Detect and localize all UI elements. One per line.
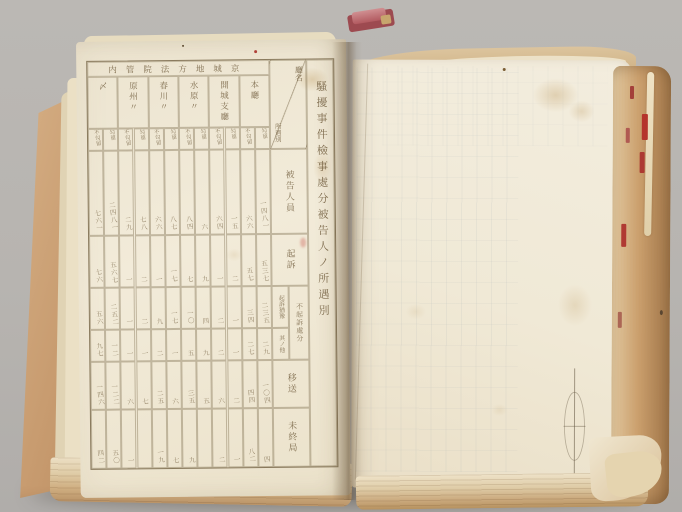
table-cell-text: 二五 — [155, 390, 163, 406]
detention-header-text: 不勾留 — [213, 128, 222, 145]
bookmark-ribbon — [644, 72, 654, 236]
table-cell: 二五二 — [105, 288, 121, 330]
table-cell: 二 — [226, 234, 242, 286]
detention-header-text: 勾留 — [168, 129, 176, 141]
table-title-text: 騷擾事件檢事處分被告人ノ所遇別 — [314, 60, 328, 320]
table-cell: 二七 — [242, 328, 257, 360]
table-cell-text: 二 — [139, 317, 147, 325]
table-cell-text: 一 — [232, 455, 240, 463]
table-cell: 六 — [194, 150, 210, 235]
table-cell: 七 — [136, 361, 152, 409]
row-label: 未終局 — [273, 408, 311, 467]
detention-header: 勾留 — [255, 127, 270, 149]
table-cell-text: 六六 — [153, 216, 161, 232]
table-cell: 四 — [196, 287, 212, 329]
table-cell: 一 — [120, 287, 136, 329]
office-header: 本廳 — [239, 75, 270, 127]
detention-header: 不勾留 — [88, 129, 103, 151]
table-cell-text: 一 — [154, 275, 162, 283]
table-cell-text: 一二二 — [109, 383, 118, 406]
detention-header: 不勾留 — [240, 127, 255, 149]
office-header-text: 本廳 — [250, 76, 259, 101]
office-header: 原州〃 — [118, 76, 149, 128]
table-cell: 九七 — [90, 330, 105, 362]
table-cell: 六 — [121, 361, 137, 409]
row-group-label: 不起訴處分 — [289, 286, 310, 360]
corner-bottom-text: 所遇別 — [273, 122, 280, 142]
detention-header-text: 勾留 — [107, 129, 115, 141]
table-cell-text: 一二 — [109, 342, 117, 358]
table-cell: 七 — [180, 235, 196, 287]
detention-header-text: 不勾留 — [152, 129, 161, 146]
detention-header: 勾留 — [224, 127, 239, 149]
table-cell-text: 五 — [201, 397, 209, 405]
right-page-blank — [351, 60, 630, 489]
table-cell: 九 — [195, 235, 211, 287]
table-cell: 七八 — [134, 150, 150, 235]
table-cell — [136, 409, 152, 468]
table-cell: 二 — [135, 287, 151, 329]
office-header: 春川〃 — [148, 76, 179, 128]
red-tab — [618, 312, 622, 328]
table-cell-text: 一九 — [155, 449, 163, 465]
office-header-text: 〆 — [98, 78, 107, 93]
table-cell-text: 七 — [184, 275, 192, 283]
table-cell-text: 七 — [171, 456, 179, 464]
detention-header: 勾留 — [194, 128, 209, 150]
table-cell: 六六 — [240, 149, 256, 234]
detention-header: 不勾留 — [209, 127, 224, 149]
red-tab — [626, 128, 630, 143]
table-cell: 八四 — [179, 150, 195, 235]
table-cell: 四四 — [242, 360, 258, 408]
table-cell-text: 三四 — [245, 309, 253, 325]
office-header: 〆 — [87, 77, 118, 129]
corner-top-text: 廳名 — [294, 66, 303, 82]
spine-top-tab-end — [380, 14, 391, 24]
table-cell-text: 二 — [215, 349, 223, 357]
red-tab — [630, 86, 634, 99]
detention-header-text: 勾留 — [137, 129, 145, 141]
table-cell: 一 — [150, 235, 166, 287]
row-group-label-text: 不起訴處分 — [295, 303, 303, 343]
left-page: 京城地方法院管内本廳勾留不勾留開城支廳勾留不勾留水原〃勾留不勾留春川〃勾留不勾留… — [76, 39, 351, 498]
table-cell: 五三七 — [256, 234, 272, 286]
table-cell: 七六一 — [88, 151, 104, 236]
office-header-text: 開城支廳 — [219, 76, 228, 122]
row-label: 移送 — [272, 360, 310, 408]
foxing-stain — [558, 284, 592, 326]
table-cell-text: 二九 — [123, 216, 131, 232]
table-cell-text: 二 — [231, 396, 239, 404]
table-cell: 一五 — [225, 149, 241, 234]
row-label: 起訴 — [271, 234, 309, 286]
table-cell-text: 二 — [215, 317, 223, 325]
detention-header-text: 勾留 — [228, 128, 236, 140]
table-cell-text: 一 — [124, 318, 132, 326]
corner-header: 廳名所遇別 — [269, 60, 307, 149]
table-cell-text: 二 — [216, 456, 224, 464]
table-cell-text: 一 — [124, 276, 132, 284]
table-cell-text: 八四 — [183, 216, 191, 232]
table-cell-text: 六 — [125, 398, 133, 406]
table-cell: 九 — [150, 287, 166, 329]
table-cell-text: 三五 — [185, 389, 193, 405]
table-cell-text: 一 — [124, 350, 132, 358]
table-cell-text: 七六 — [93, 268, 101, 284]
row-sublabel-text: 其ノ他 — [277, 335, 283, 353]
table-cell-text: 一 — [170, 349, 178, 357]
foxing-stain — [406, 304, 426, 320]
red-speck — [254, 50, 257, 53]
office-header-text: 原州〃 — [128, 77, 137, 113]
detention-header-text: 不勾留 — [243, 128, 252, 145]
row-label-text: 起訴 — [285, 249, 295, 271]
table-cell-text: 一四八一 — [258, 200, 268, 231]
table-cell-text: 四二 — [95, 449, 103, 465]
table-cell: 六 — [166, 361, 182, 409]
statistics-table: 京城地方法院管内本廳勾留不勾留開城支廳勾留不勾留水原〃勾留不勾留春川〃勾留不勾留… — [86, 58, 338, 470]
office-header: 水原〃 — [178, 76, 209, 128]
detention-header: 不勾留 — [149, 128, 164, 150]
table-cell: 一 — [166, 329, 181, 361]
table-cell: 八二 — [243, 408, 259, 467]
detention-header: 勾留 — [133, 128, 148, 150]
table-cell-text: 四 — [200, 317, 208, 325]
table-cell-text: 六 — [170, 397, 178, 405]
photo-of-open-ledger-book: 京城地方法院管内本廳勾留不勾留開城支廳勾留不勾留水原〃勾留不勾留春川〃勾留不勾留… — [0, 0, 682, 512]
red-tab — [642, 114, 648, 140]
table-cell-text: 一四六 — [94, 383, 103, 406]
table-cell: 四 — [258, 408, 274, 467]
table-cell: 五 — [181, 329, 196, 361]
table-cell-text: 二九 — [260, 341, 268, 357]
red-tab — [640, 152, 645, 173]
table-cell-text: 一 — [140, 349, 148, 357]
table-cell-text: 一五 — [229, 215, 237, 231]
table-cell: 二九 — [118, 150, 134, 235]
table-cell — [197, 409, 213, 468]
table-cell: 五 — [197, 361, 213, 409]
foxing-stain — [569, 100, 595, 122]
detention-header: 不勾留 — [179, 128, 194, 150]
detention-header-text: 勾留 — [259, 128, 267, 140]
table-cell-text: 五六 — [93, 310, 101, 326]
table-cell-text: 二 — [230, 274, 238, 282]
table-cell: 五〇 — [106, 410, 122, 469]
table-cell: 一 — [227, 328, 242, 360]
table-cell: 四二 — [91, 410, 107, 469]
table-cell: 九 — [196, 329, 211, 361]
table-cell: 一九 — [152, 409, 168, 468]
table-cell: 一 — [227, 408, 243, 467]
table-cell-text: 二四八一 — [106, 201, 116, 232]
table-cell-text: 六 — [216, 397, 224, 405]
table-cell: 九 — [182, 409, 198, 468]
table-cell: 一 — [210, 234, 226, 286]
row-label-text: 未終局 — [287, 421, 297, 454]
table-cell: 一 — [121, 409, 137, 468]
table-cell: 一二二 — [106, 362, 122, 410]
foxing-stain — [492, 404, 508, 416]
table-cell: 八七 — [164, 150, 180, 235]
office-header-text: 春川〃 — [159, 77, 168, 113]
table-cell-text: 一七 — [169, 310, 177, 326]
detention-header-text: 不勾留 — [122, 129, 131, 146]
table-cell: 一〇四 — [257, 360, 273, 408]
dark-speck — [660, 310, 663, 315]
table-cell: 一 — [136, 329, 151, 361]
table-cell: 一四八一 — [255, 149, 271, 234]
table-cell-text: 八七 — [168, 216, 176, 232]
row-sublabel: 起訴猶豫 — [272, 286, 289, 328]
table-cell: 三四 — [241, 286, 257, 328]
table-cell-text: 九 — [199, 275, 207, 283]
office-header-text: 水原〃 — [189, 77, 198, 113]
table-cell-text: 一〇 — [184, 309, 192, 325]
red-tab — [621, 224, 626, 247]
table-cell-text: 九 — [186, 456, 194, 464]
table-cell: 一四六 — [90, 362, 106, 410]
table-cell-text: 七六一 — [92, 209, 101, 232]
table-cell: 二 — [151, 329, 166, 361]
gutter-shadow — [332, 42, 362, 500]
detention-header: 不勾留 — [118, 128, 133, 150]
table-cell: 六六 — [149, 150, 165, 235]
detention-header: 勾留 — [103, 129, 118, 151]
table-cell: 二九 — [257, 328, 272, 360]
table-cell-text: 五六七 — [107, 261, 116, 284]
table-cell-text: 五七 — [244, 267, 252, 283]
table-cell: 二 — [135, 235, 151, 287]
table-cell: 三五 — [181, 361, 197, 409]
office-header: 開城支廳 — [209, 75, 240, 127]
table-cell-text: 一 — [125, 457, 133, 465]
table-cell: 一七 — [165, 235, 181, 287]
table-cell: 二 — [227, 360, 243, 408]
table-cell-text: 一 — [231, 348, 239, 356]
row-sublabel-text: 起訴猶豫 — [277, 295, 284, 319]
row-sublabel: 其ノ他 — [272, 328, 289, 360]
table-cell-text: 五 — [185, 349, 193, 357]
table-cell-text: 八二 — [246, 448, 254, 464]
detention-header-text: 勾留 — [198, 128, 206, 140]
table-cell: 一七 — [165, 287, 181, 329]
table-cell: 一 — [226, 286, 242, 328]
table-cell: 二四八一 — [103, 151, 119, 236]
row-label-text: 被告人員 — [284, 169, 294, 213]
detention-header-text: 不勾留 — [91, 129, 100, 146]
table-cell-text: 七 — [140, 397, 148, 405]
table-cell: 五六 — [90, 288, 106, 330]
table-cell-text: 四 — [262, 455, 270, 463]
table-cell: 六四 — [209, 149, 225, 234]
table-cell: 五七 — [241, 234, 257, 286]
table-cell-text: 二七 — [245, 341, 253, 357]
row-label-text: 移送 — [286, 373, 296, 395]
table-cell: 二 — [212, 408, 228, 467]
table-cell-text: 六六 — [244, 215, 252, 231]
table-cell-text: 二五二 — [108, 303, 117, 326]
table-cell: 七六 — [89, 236, 105, 288]
table-cell-text: 五〇 — [110, 449, 118, 465]
table-cell-text: 一七 — [169, 268, 177, 284]
table-cell-text: 九七 — [94, 342, 102, 358]
table-cell: 一二 — [105, 330, 120, 362]
table-cell-text: 四四 — [246, 389, 254, 405]
detention-header-text: 不勾留 — [182, 128, 191, 145]
table-cell: 二 — [211, 328, 226, 360]
table-cell: 五六七 — [104, 236, 120, 288]
row-label: 被告人員 — [270, 149, 308, 234]
table-cell-text: 六 — [199, 223, 207, 231]
table-cell-text: 五三七 — [259, 259, 268, 282]
table-cell: 二五 — [151, 361, 167, 409]
table-cell-text: 一〇四 — [260, 381, 269, 404]
table-cell-text: 二 — [155, 349, 163, 357]
detention-header: 勾留 — [164, 128, 179, 150]
table-cell-text: 二三五 — [260, 301, 269, 324]
dark-speck — [182, 45, 184, 47]
table-cell-text: 六四 — [214, 215, 222, 231]
table-cell: 一〇 — [181, 287, 197, 329]
table-cell: 七 — [167, 409, 183, 468]
table-cell: 六 — [212, 360, 228, 408]
table-cell-text: 九 — [154, 317, 162, 325]
table-cell-text: 一 — [230, 316, 238, 324]
table-cell: 一 — [119, 235, 135, 287]
table-cell: 二 — [211, 286, 227, 328]
table-cell-text: 二 — [139, 275, 147, 283]
table-cell-text: 七八 — [138, 216, 146, 232]
table-cell-text: 一 — [215, 275, 223, 283]
table-cell: 二三五 — [256, 286, 272, 328]
table-cell-text: 九 — [200, 349, 208, 357]
dark-speck — [503, 68, 506, 71]
table-cell: 一 — [120, 329, 135, 361]
